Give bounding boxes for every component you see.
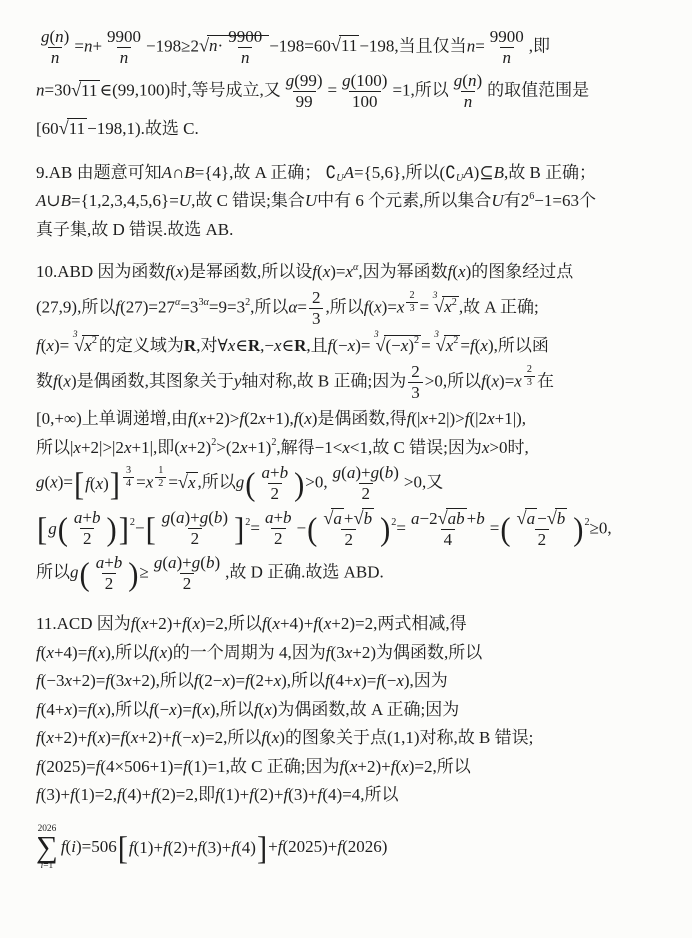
- math-line: g(x)=[f(x)]34=x12=√x,所以g(a+b2)>0,g(a)+g(…: [36, 463, 668, 504]
- math-line: f(−3x+2)=f(3x+2),所以f(2−x)=f(2+x),所以f(4+x…: [36, 668, 668, 694]
- solution-10: 10.ABD 因为函数f(x)是幂函数,所以设f(x)=xα,因为幂函数f(x)…: [36, 259, 668, 594]
- math-line: n=30√11∈(99,100)时,等号成立,又g(99)99=g(100)10…: [36, 71, 668, 112]
- math-line: 9.AB 由题意可知A∩B={4},故 A 正确； ∁UA={5,6},所以(∁…: [36, 160, 668, 186]
- math-line: 所以g(a+b2)≥g(a)+g(b)2,故 D 正确.故选 ABD.: [36, 553, 668, 594]
- math-line: (27,9),所以f(27)=27α=33α=9=32,所以α=23,所以f(x…: [36, 288, 668, 329]
- solutions-content: g(n)n=n+9900n−198≥2√n·9900n−198=60√11−19…: [36, 27, 668, 871]
- solution-11-sum-line: 2026∑i=1f(i)=506[f(1)+f(2)+f(3)+f(4)]+f(…: [36, 825, 668, 871]
- math-line: f(2025)=f(4×506+1)=f(1)=1,故 C 正确;因为f(x+2…: [36, 754, 668, 780]
- solution-9: 9.AB 由题意可知A∩B={4},故 A 正确； ∁UA={5,6},所以(∁…: [36, 160, 668, 243]
- math-line: [g(a+b2)]2−[g(a)+g(b)2]2=a+b2−(√a+√b2)2=…: [36, 508, 668, 551]
- math-line: f(x+4)=f(x),所以f(x)的一个周期为 4,因为f(3x+2)为偶函数…: [36, 640, 668, 666]
- math-line: g(n)n=n+9900n−198≥2√n·9900n−198=60√11−19…: [36, 27, 668, 68]
- math-line: f(3)+f(1)=2,f(4)+f(2)=2,即f(1)+f(2)+f(3)+…: [36, 782, 668, 808]
- solution-8-continuation: g(n)n=n+9900n−198≥2√n·9900n−198=60√11−19…: [36, 27, 668, 143]
- math-line: 10.ABD 因为函数f(x)是幂函数,所以设f(x)=xα,因为幂函数f(x)…: [36, 259, 668, 285]
- math-line: 真子集,故 D 错误.故选 AB.: [36, 217, 668, 243]
- solution-11: 11.ACD 因为f(x+2)+f(x)=2,所以f(x+4)+f(x+2)=2…: [36, 611, 668, 808]
- math-line: f(x+2)+f(x)=f(x+2)+f(−x)=2,所以f(x)的图象关于点(…: [36, 725, 668, 751]
- math-line: [0,+∞)上单调递增,由f(x+2)>f(2x+1),f(x)是偶函数,得f(…: [36, 406, 668, 432]
- math-line: f(x)=3√x2的定义域为R,对∀x∈R,−x∈R,且f(−x)=3√(−x)…: [36, 332, 668, 360]
- math-line: 2026∑i=1f(i)=506[f(1)+f(2)+f(3)+f(4)]+f(…: [36, 825, 668, 871]
- math-line: [60√11−198,1).故选 C.: [36, 115, 668, 143]
- math-line: 11.ACD 因为f(x+2)+f(x)=2,所以f(x+4)+f(x+2)=2…: [36, 611, 668, 637]
- math-line: A∪B={1,2,3,4,5,6}=U,故 C 错误;集合U中有 6 个元素,所…: [36, 188, 668, 214]
- document-page: g(n)n=n+9900n−198≥2√n·9900n−198=60√11−19…: [0, 0, 692, 938]
- math-line: f(4+x)=f(x),所以f(−x)=f(x),所以f(x)为偶函数,故 A …: [36, 697, 668, 723]
- math-line: 所以|x+2|>|2x+1|,即(x+2)2>(2x+1)2,解得−1<x<1,…: [36, 435, 668, 461]
- math-line: 数f(x)是偶函数,其图象关于y轴对称,故 B 正确;因为23>0,所以f(x)…: [36, 362, 668, 403]
